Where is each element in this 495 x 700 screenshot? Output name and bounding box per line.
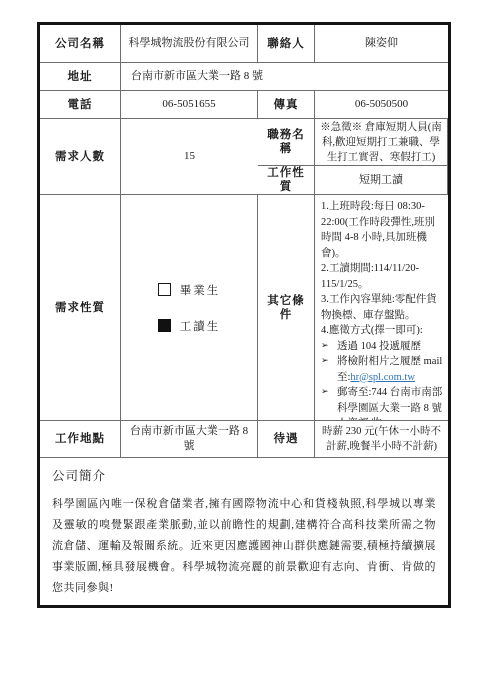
demand-nature-label: 需求性質 — [40, 195, 121, 421]
company-name-value: 科學城物流股份有限公司 — [121, 25, 258, 63]
checkbox-graduate: 畢業生 — [158, 282, 221, 298]
headcount-value: 15 — [121, 119, 258, 195]
checkbox-working-student-label: 工讀生 — [180, 318, 221, 334]
headcount-label: 需求人數 — [40, 119, 121, 195]
fax-label: 傳真 — [258, 91, 315, 119]
contact-label: 聯絡人 — [258, 25, 315, 63]
address-value: 台南市新市區大業一路 8 號 — [121, 63, 448, 91]
demand-options: 畢業生 工讀生 — [158, 282, 221, 334]
other-conditions-content: 1.上班時段:每日 08:30-22:00(工作時段彈性,班別時間 4-8 小時… — [321, 199, 445, 421]
apply-option-post-text: 郵寄至:744 台南市南部科學園區大業一路 8 號 人資部 收 — [337, 385, 445, 421]
document-page: 公司名稱 科學城物流股份有限公司 聯絡人 陳姿仰 地址 台南市新市區大業一路 8… — [0, 0, 495, 700]
condition-item: 4.應徵方式(擇一即可): — [321, 323, 445, 339]
phone-label: 電話 — [40, 91, 121, 119]
address-label: 地址 — [40, 63, 121, 91]
contact-value: 陳姿仰 — [315, 25, 448, 63]
job-title-label: 職務名稱 — [258, 119, 315, 166]
work-type-label: 工作性質 — [258, 166, 315, 195]
apply-option-104-text: 透過 104 投遞履歷 — [337, 339, 445, 355]
job-title-value: ※急徵※ 倉庫短期人員(南科,歡迎短期打工兼職、學生打工實習、寒假打工) — [315, 119, 448, 166]
other-conditions-label: 其它條件 — [258, 195, 315, 421]
arrow-bullet-icon: ➢ — [321, 354, 337, 385]
apply-option-mail: ➢ 將檢附相片之履歷 mail 至:hr@spl.com.tw — [321, 354, 445, 385]
salary-value: 時薪 230 元(午休一小時不計薪,晚餐半小時不計薪) — [315, 421, 448, 458]
work-location-label: 工作地點 — [40, 421, 121, 458]
company-name-label: 公司名稱 — [40, 25, 121, 63]
checkbox-checked-icon — [158, 319, 171, 332]
salary-label: 待遇 — [258, 421, 315, 458]
fax-value: 06-5050500 — [315, 91, 448, 119]
other-conditions-cell: 1.上班時段:每日 08:30-22:00(工作時段彈性,班別時間 4-8 小時… — [315, 195, 448, 421]
condition-item: 1.上班時段:每日 08:30-22:00(工作時段彈性,班別時間 4-8 小時… — [321, 199, 445, 261]
checkbox-unchecked-icon — [158, 283, 171, 296]
apply-option-104: ➢ 透過 104 投遞履歷 — [321, 339, 445, 355]
condition-item: 2.工讀期間:114/11/20-115/1/25。 — [321, 261, 445, 292]
arrow-bullet-icon: ➢ — [321, 385, 337, 421]
apply-option-post: ➢ 郵寄至:744 台南市南部科學園區大業一路 8 號 人資部 收 — [321, 385, 445, 421]
checkbox-graduate-label: 畢業生 — [180, 282, 221, 298]
work-location-value: 台南市新市區大業一路 8 號 — [121, 421, 258, 458]
arrow-bullet-icon: ➢ — [321, 339, 337, 355]
company-intro-title: 公司簡介 — [52, 466, 436, 484]
condition-item: 3.工作內容單純:零配件貨物換標、庫存盤點。 — [321, 292, 445, 323]
work-type-value: 短期工讀 — [315, 166, 448, 195]
company-intro-section: 公司簡介 科學園區內唯一保稅倉儲業者,擁有國際物流中心和貨棧執照,科學城以專業及… — [40, 458, 448, 605]
company-intro-body: 科學園區內唯一保稅倉儲業者,擁有國際物流中心和貨棧執照,科學城以專業及靈敏的嗅覺… — [52, 494, 436, 599]
job-posting-table: 公司名稱 科學城物流股份有限公司 聯絡人 陳姿仰 地址 台南市新市區大業一路 8… — [37, 22, 451, 608]
phone-value: 06-5051655 — [121, 91, 258, 119]
demand-options-cell: 畢業生 工讀生 — [121, 195, 258, 421]
email-link[interactable]: hr@spl.com.tw — [350, 372, 415, 383]
checkbox-working-student: 工讀生 — [158, 318, 221, 334]
apply-option-mail-text: 將檢附相片之履歷 mail 至:hr@spl.com.tw — [337, 354, 445, 385]
